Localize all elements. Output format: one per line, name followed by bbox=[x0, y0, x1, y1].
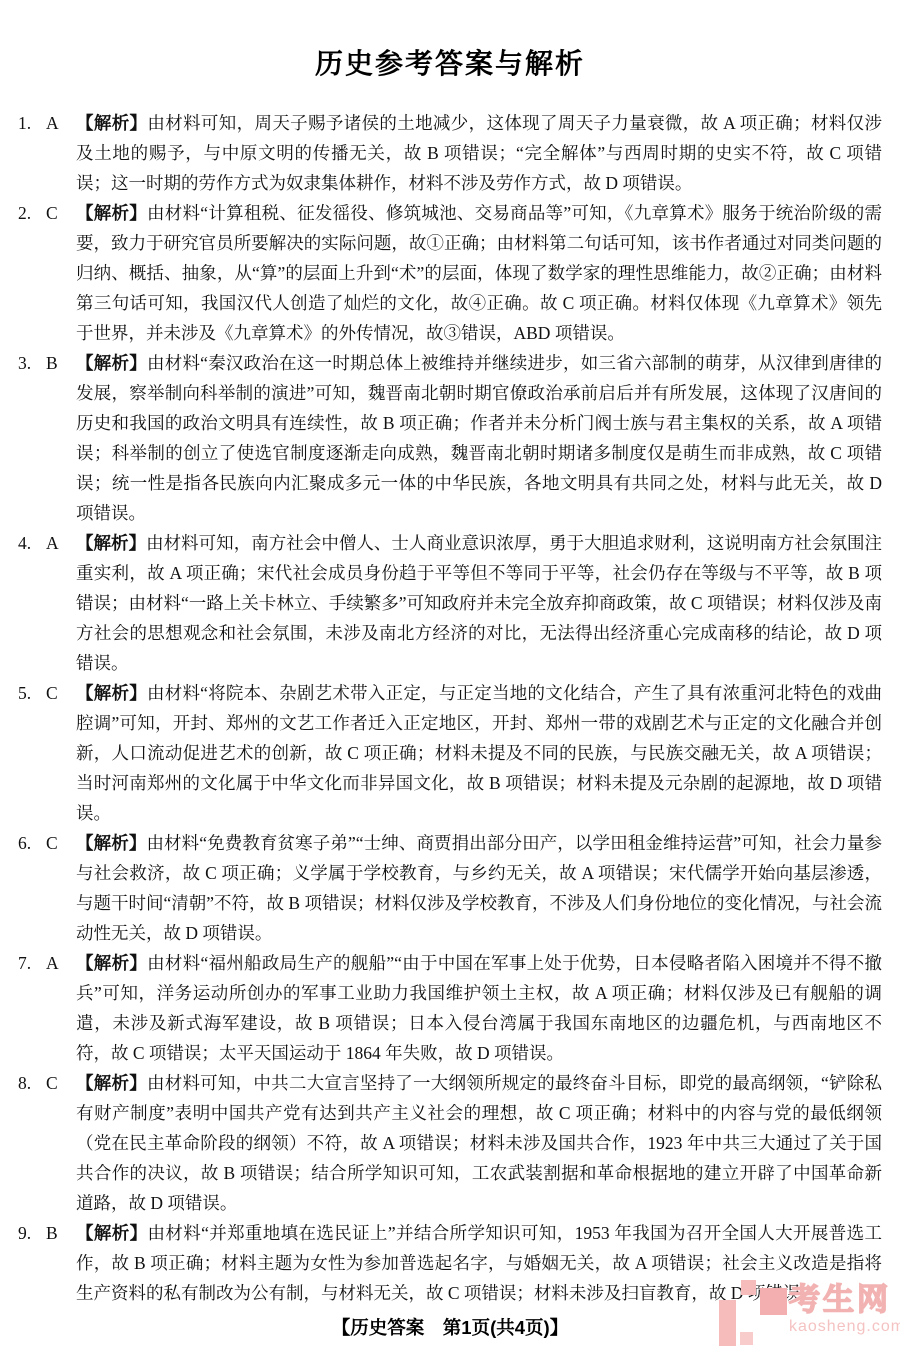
analysis-label: 【解析】 bbox=[76, 1073, 147, 1093]
answer-item-9: 9. B 【解析】由材料“并郑重地填在选民证上”并结合所学知识可知，1953 年… bbox=[0, 1218, 900, 1308]
answer-list: 1. A 【解析】由材料可知，周天子赐予诸侯的土地减少，这体现了周天子力量衰微，… bbox=[0, 108, 900, 1308]
item-answer: B bbox=[46, 1218, 58, 1248]
item-number: 2. bbox=[18, 198, 31, 228]
item-number: 6. bbox=[18, 828, 31, 858]
answer-item-5: 5. C 【解析】由材料“将院本、杂剧艺术带入正定，与正定当地的文化结合，产生了… bbox=[0, 678, 900, 828]
item-answer: C bbox=[46, 678, 58, 708]
item-answer: A bbox=[46, 528, 59, 558]
answer-item-6: 6. C 【解析】由材料“免费教育贫寒子弟”“士绅、商贾捐出部分田产，以学田租金… bbox=[0, 828, 900, 948]
analysis-text: 由材料“福州船政局生产的舰船”“由于中国在军事上处于优势，日本侵略者陷入困境并不… bbox=[76, 953, 882, 1063]
analysis-text: 由材料“将院本、杂剧艺术带入正定，与正定当地的文化结合，产生了具有浓重河北特色的… bbox=[76, 683, 882, 823]
item-answer: A bbox=[46, 948, 59, 978]
analysis-text: 由材料“免费教育贫寒子弟”“士绅、商贾捐出部分田产，以学田租金维持运营”可知，社… bbox=[76, 833, 882, 943]
analysis-label: 【解析】 bbox=[76, 1223, 147, 1243]
analysis-label: 【解析】 bbox=[76, 353, 147, 373]
analysis-text: 由材料可知，周天子赐予诸侯的土地减少，这体现了周天子力量衰微，故 A 项正确；材… bbox=[76, 113, 882, 193]
answer-item-3: 3. B 【解析】由材料“秦汉政治在这一时期总体上被维持并继续进步，如三省六部制… bbox=[0, 348, 900, 528]
page-title: 历史参考答案与解析 bbox=[0, 42, 900, 82]
analysis-label: 【解析】 bbox=[76, 953, 147, 973]
item-number: 9. bbox=[18, 1218, 31, 1248]
analysis-label: 【解析】 bbox=[76, 113, 147, 133]
analysis-text: 由材料可知，中共二大宣言坚持了一大纲领所规定的最终奋斗目标，即党的最高纲领，“铲… bbox=[76, 1073, 882, 1213]
item-number: 8. bbox=[18, 1068, 31, 1098]
document-page: 历史参考答案与解析 1. A 【解析】由材料可知，周天子赐予诸侯的土地减少，这体… bbox=[0, 0, 900, 1354]
answer-item-1: 1. A 【解析】由材料可知，周天子赐予诸侯的土地减少，这体现了周天子力量衰微，… bbox=[0, 108, 900, 198]
analysis-label: 【解析】 bbox=[76, 683, 147, 703]
answer-item-4: 4. A 【解析】由材料可知，南方社会中僧人、士人商业意识浓厚，勇于大胆追求财利… bbox=[0, 528, 900, 678]
item-number: 5. bbox=[18, 678, 31, 708]
analysis-text: 由材料“计算租税、征发徭役、修筑城池、交易商品等”可知，《九章算术》服务于统治阶… bbox=[76, 203, 882, 343]
analysis-label: 【解析】 bbox=[76, 833, 146, 853]
answer-item-2: 2. C 【解析】由材料“计算租税、征发徭役、修筑城池、交易商品等”可知，《九章… bbox=[0, 198, 900, 348]
item-answer: C bbox=[46, 1068, 58, 1098]
item-answer: A bbox=[46, 108, 59, 138]
answer-item-8: 8. C 【解析】由材料可知，中共二大宣言坚持了一大纲领所规定的最终奋斗目标，即… bbox=[0, 1068, 900, 1218]
item-number: 7. bbox=[18, 948, 31, 978]
analysis-label: 【解析】 bbox=[76, 533, 146, 553]
analysis-text: 由材料可知，南方社会中僧人、士人商业意识浓厚，勇于大胆追求财利，这说明南方社会氛… bbox=[76, 533, 882, 673]
page-footer: 【历史答案 第1页(共4页)】 bbox=[0, 1314, 900, 1340]
item-number: 3. bbox=[18, 348, 31, 378]
analysis-text: 由材料“并郑重地填在选民证上”并结合所学知识可知，1953 年我国为召开全国人大… bbox=[76, 1223, 882, 1303]
analysis-label: 【解析】 bbox=[76, 203, 147, 223]
item-answer: C bbox=[46, 828, 58, 858]
item-answer: C bbox=[46, 198, 58, 228]
answer-item-7: 7. A 【解析】由材料“福州船政局生产的舰船”“由于中国在军事上处于优势，日本… bbox=[0, 948, 900, 1068]
item-answer: B bbox=[46, 348, 58, 378]
analysis-text: 由材料“秦汉政治在这一时期总体上被维持并继续进步，如三省六部制的萌芽，从汉律到唐… bbox=[76, 353, 882, 523]
item-number: 1. bbox=[18, 108, 31, 138]
item-number: 4. bbox=[18, 528, 31, 558]
